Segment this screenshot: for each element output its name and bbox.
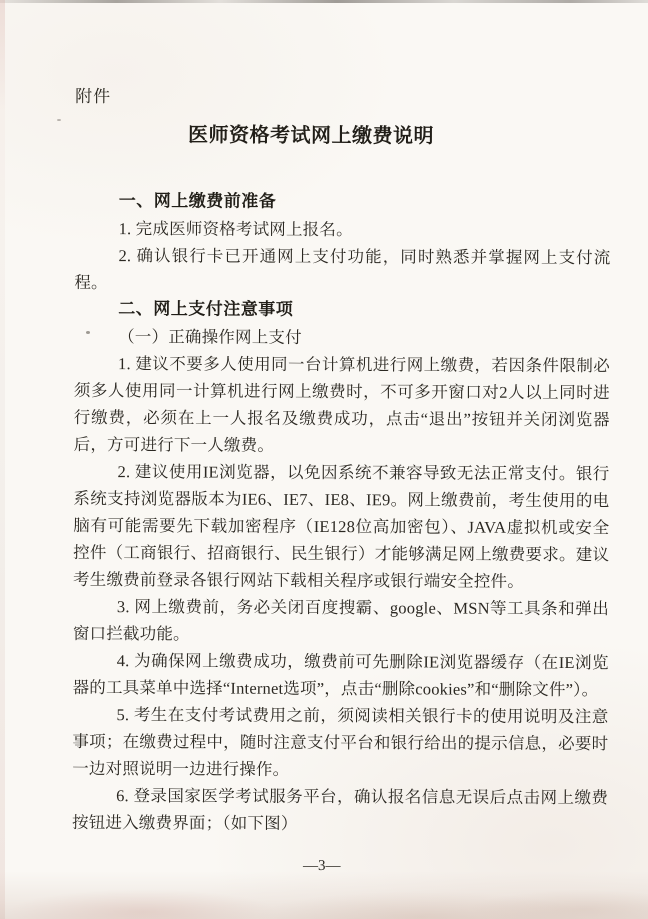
document-title: 医师资格考试网上缴费说明 [75, 119, 547, 151]
scan-speck [86, 331, 90, 334]
paragraph-prep-item-2: 2. 确认银行卡已开通网上支付功能，同时熟悉并掌握网上支付流程。 [74, 242, 610, 298]
paragraph-note-4: 4. 为确保网上缴费成功，缴费前可先删除IE浏览器缓存（在IE浏览器的工具菜单中… [73, 647, 609, 703]
paragraph-note-1: 1. 建议不要多人使用同一台计算机进行网上缴费，若因条件限制必须多人使用同一计算… [74, 350, 610, 460]
paragraph-note-5: 5. 考生在支付考试费用之前，须阅读相关银行卡的使用说明及注意事项；在缴费过程中… [72, 701, 608, 784]
paragraph-note-3: 3. 网上缴费前，务必关闭百度搜霸、google、MSN等工具条和弹出窗口拦截功… [73, 593, 609, 649]
subheading-correct-operation: （一）正确操作网上支付 [74, 323, 610, 352]
section-heading-payment-notes: 二、网上支付注意事项 [74, 296, 610, 325]
document-content: 附件 医师资格考试网上缴费说明 一、网上缴费前准备 1. 完成医师资格考试网上报… [72, 83, 611, 838]
scan-speck [57, 119, 61, 121]
paragraph-note-6: 6. 登录国家医学考试服务平台，确认报名信息无误后点击网上缴费按钮进入缴费界面；… [72, 782, 608, 838]
paragraph-prep-item-1: 1. 完成医师资格考试网上报名。 [75, 215, 611, 244]
section-heading-preparation: 一、网上缴费前准备 [75, 188, 611, 217]
attachment-label: 附件 [75, 83, 611, 112]
scan-bottom-shadow [0, 871, 648, 919]
scanned-document-page: 附件 医师资格考试网上缴费说明 一、网上缴费前准备 1. 完成医师资格考试网上报… [0, 0, 648, 919]
scan-rotation-wrapper: 附件 医师资格考试网上缴费说明 一、网上缴费前准备 1. 完成医师资格考试网上报… [0, 0, 648, 919]
paragraph-note-2: 2. 建议使用IE浏览器，以免因系统不兼容导致无法正常支付。银行系统支持浏览器版… [73, 458, 610, 595]
